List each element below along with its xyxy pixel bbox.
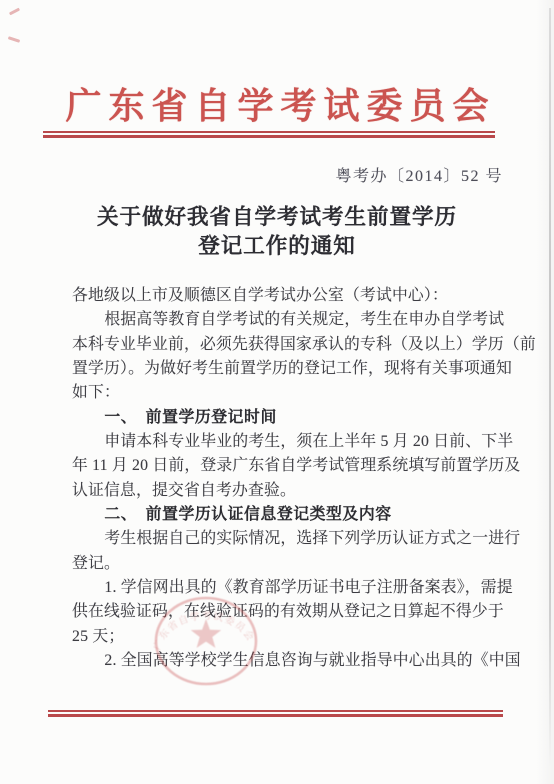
scan-artifact-mark bbox=[8, 36, 20, 43]
body-line: 1. 学信网出具的《教育部学历证书电子注册备案表》，需提 bbox=[72, 576, 502, 600]
body-line: 登记。 bbox=[72, 552, 502, 576]
section-heading: 一、 前置学历登记时间 bbox=[72, 406, 502, 430]
body-line: 各地级以上市及顺德区自学考试办公室（考试中心）： bbox=[72, 284, 502, 308]
scanned-official-document: 广东省自学考试委员会 粤考办〔2014〕52 号 关于做好我省自学考试考生前置学… bbox=[0, 0, 554, 784]
body-line: 如下： bbox=[72, 381, 502, 405]
issuer-title: 广东省自学考试委员会 bbox=[0, 78, 554, 129]
document-title-line1: 关于做好我省自学考试考生前置学历 bbox=[0, 203, 554, 232]
body-line: 申请本科专业毕业的考生，须在上半年 5 月 20 日前、下半 bbox=[72, 430, 502, 454]
body-line: 供在线验证码，在线验证码的有效期从登记之日算起不得少于 bbox=[72, 600, 502, 624]
body-line: 考生根据自己的实际情况，选择下列学历认证方式之一进行 bbox=[72, 527, 502, 551]
scan-artifact-mark bbox=[9, 8, 20, 16]
body-line: 25 天； bbox=[72, 625, 502, 649]
body-line: 置学历）。为做好考生前置学历的登记工作，现将有关事项通知 bbox=[72, 357, 502, 381]
header-double-rule bbox=[43, 131, 495, 138]
body-line: 年 11 月 20 日前，登录广东省自学考试管理系统填写前置学历及 bbox=[72, 454, 502, 478]
document-title-line2: 登记工作的通知 bbox=[0, 232, 554, 261]
body-line: 认证信息，提交省自考办查验。 bbox=[72, 479, 502, 503]
footer-double-rule bbox=[48, 710, 503, 717]
body-line: 根据高等教育自学考试的有关规定，考生在申办自学考试 bbox=[72, 308, 502, 332]
document-title: 关于做好我省自学考试考生前置学历 登记工作的通知 bbox=[0, 203, 554, 261]
body-line: 本科专业毕业前，必须先获得国家承认的专科（及以上）学历（前 bbox=[72, 333, 502, 357]
section-heading: 二、 前置学历认证信息登记类型及内容 bbox=[72, 503, 502, 527]
document-body: 各地级以上市及顺德区自学考试办公室（考试中心）：根据高等教育自学考试的有关规定，… bbox=[72, 284, 502, 673]
body-line: 2. 全国高等学校学生信息咨询与就业指导中心出具的《中国 bbox=[72, 649, 502, 673]
document-number: 粤考办〔2014〕52 号 bbox=[335, 163, 503, 186]
